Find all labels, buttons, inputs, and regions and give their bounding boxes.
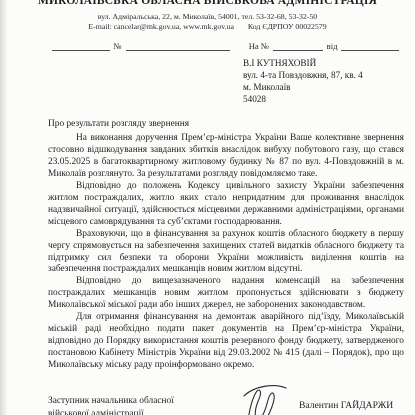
from-blank-line (341, 40, 399, 51)
signer-position-line1: Заступник начальника обласної (48, 395, 174, 408)
organization-name: МИКОЛАЇВСЬКА ОБЛАСНА ВІЙСЬКОВА АДМІНІСТР… (0, 0, 415, 8)
from-label: від (323, 41, 342, 51)
letterhead-contacts: E-mail: cancelar@mk.gov.ua, www.mk.gov.u… (0, 22, 415, 32)
scan-edge-shadow (0, 0, 8, 415)
reference-line: № На № від (52, 40, 399, 51)
body-paragraph: Для отримання фінансування на демонтаж а… (48, 312, 404, 372)
body-paragraph: Враховуючи, що в фінансування за рахунок… (48, 229, 404, 277)
signer-name: Валентин ГАЙДАРЖИ (299, 400, 393, 411)
number-label: № (110, 41, 126, 51)
letterhead-edrpou: Код ЄДРПОУ 00022579 (248, 22, 327, 31)
recipient-block: В.І КУТНЯХОВІЙ вул. 4-та Повздовжня, 87,… (243, 57, 363, 105)
letterhead: МИКОЛАЇВСЬКА ОБЛАСНА ВІЙСЬКОВА АДМІНІСТР… (0, 0, 415, 31)
letterhead-address: вул. Адміральська, 22, м. Миколаїв, 5400… (0, 12, 415, 22)
recipient-postal-code: 54028 (243, 93, 363, 105)
date-blank-line (52, 40, 110, 51)
recipient-city: м. Миколаїв (243, 81, 363, 93)
signer-position-line2: військової адміністрації (48, 408, 174, 415)
number-blank-line (126, 40, 230, 51)
on-number-label: На № (245, 41, 273, 51)
scanned-letter-page: МИКОЛАЇВСЬКА ОБЛАСНА ВІЙСЬКОВА АДМІНІСТР… (0, 0, 415, 415)
letter-body: На виконання доручення Прем’єр-міністра … (48, 133, 404, 372)
letterhead-email: E-mail: cancelar@mk.gov.ua, www.mk.gov.u… (88, 22, 234, 31)
signer-position: Заступник начальника обласної військової… (48, 395, 174, 415)
body-paragraph: Відповідно до положень Кодексу цивільног… (48, 181, 404, 229)
on-number-blank-line (273, 40, 323, 51)
body-paragraph: На виконання доручення Прем’єр-міністра … (48, 133, 404, 181)
letter-subject: Про результати розгляду звернення (48, 119, 189, 129)
recipient-street: вул. 4-та Повздовжня, 87, кв. 4 (243, 69, 363, 81)
handwritten-signature-icon (240, 382, 292, 415)
recipient-name: В.І КУТНЯХОВІЙ (243, 57, 363, 69)
body-paragraph: Відповідно до вищезазначеного надання ко… (48, 276, 404, 312)
